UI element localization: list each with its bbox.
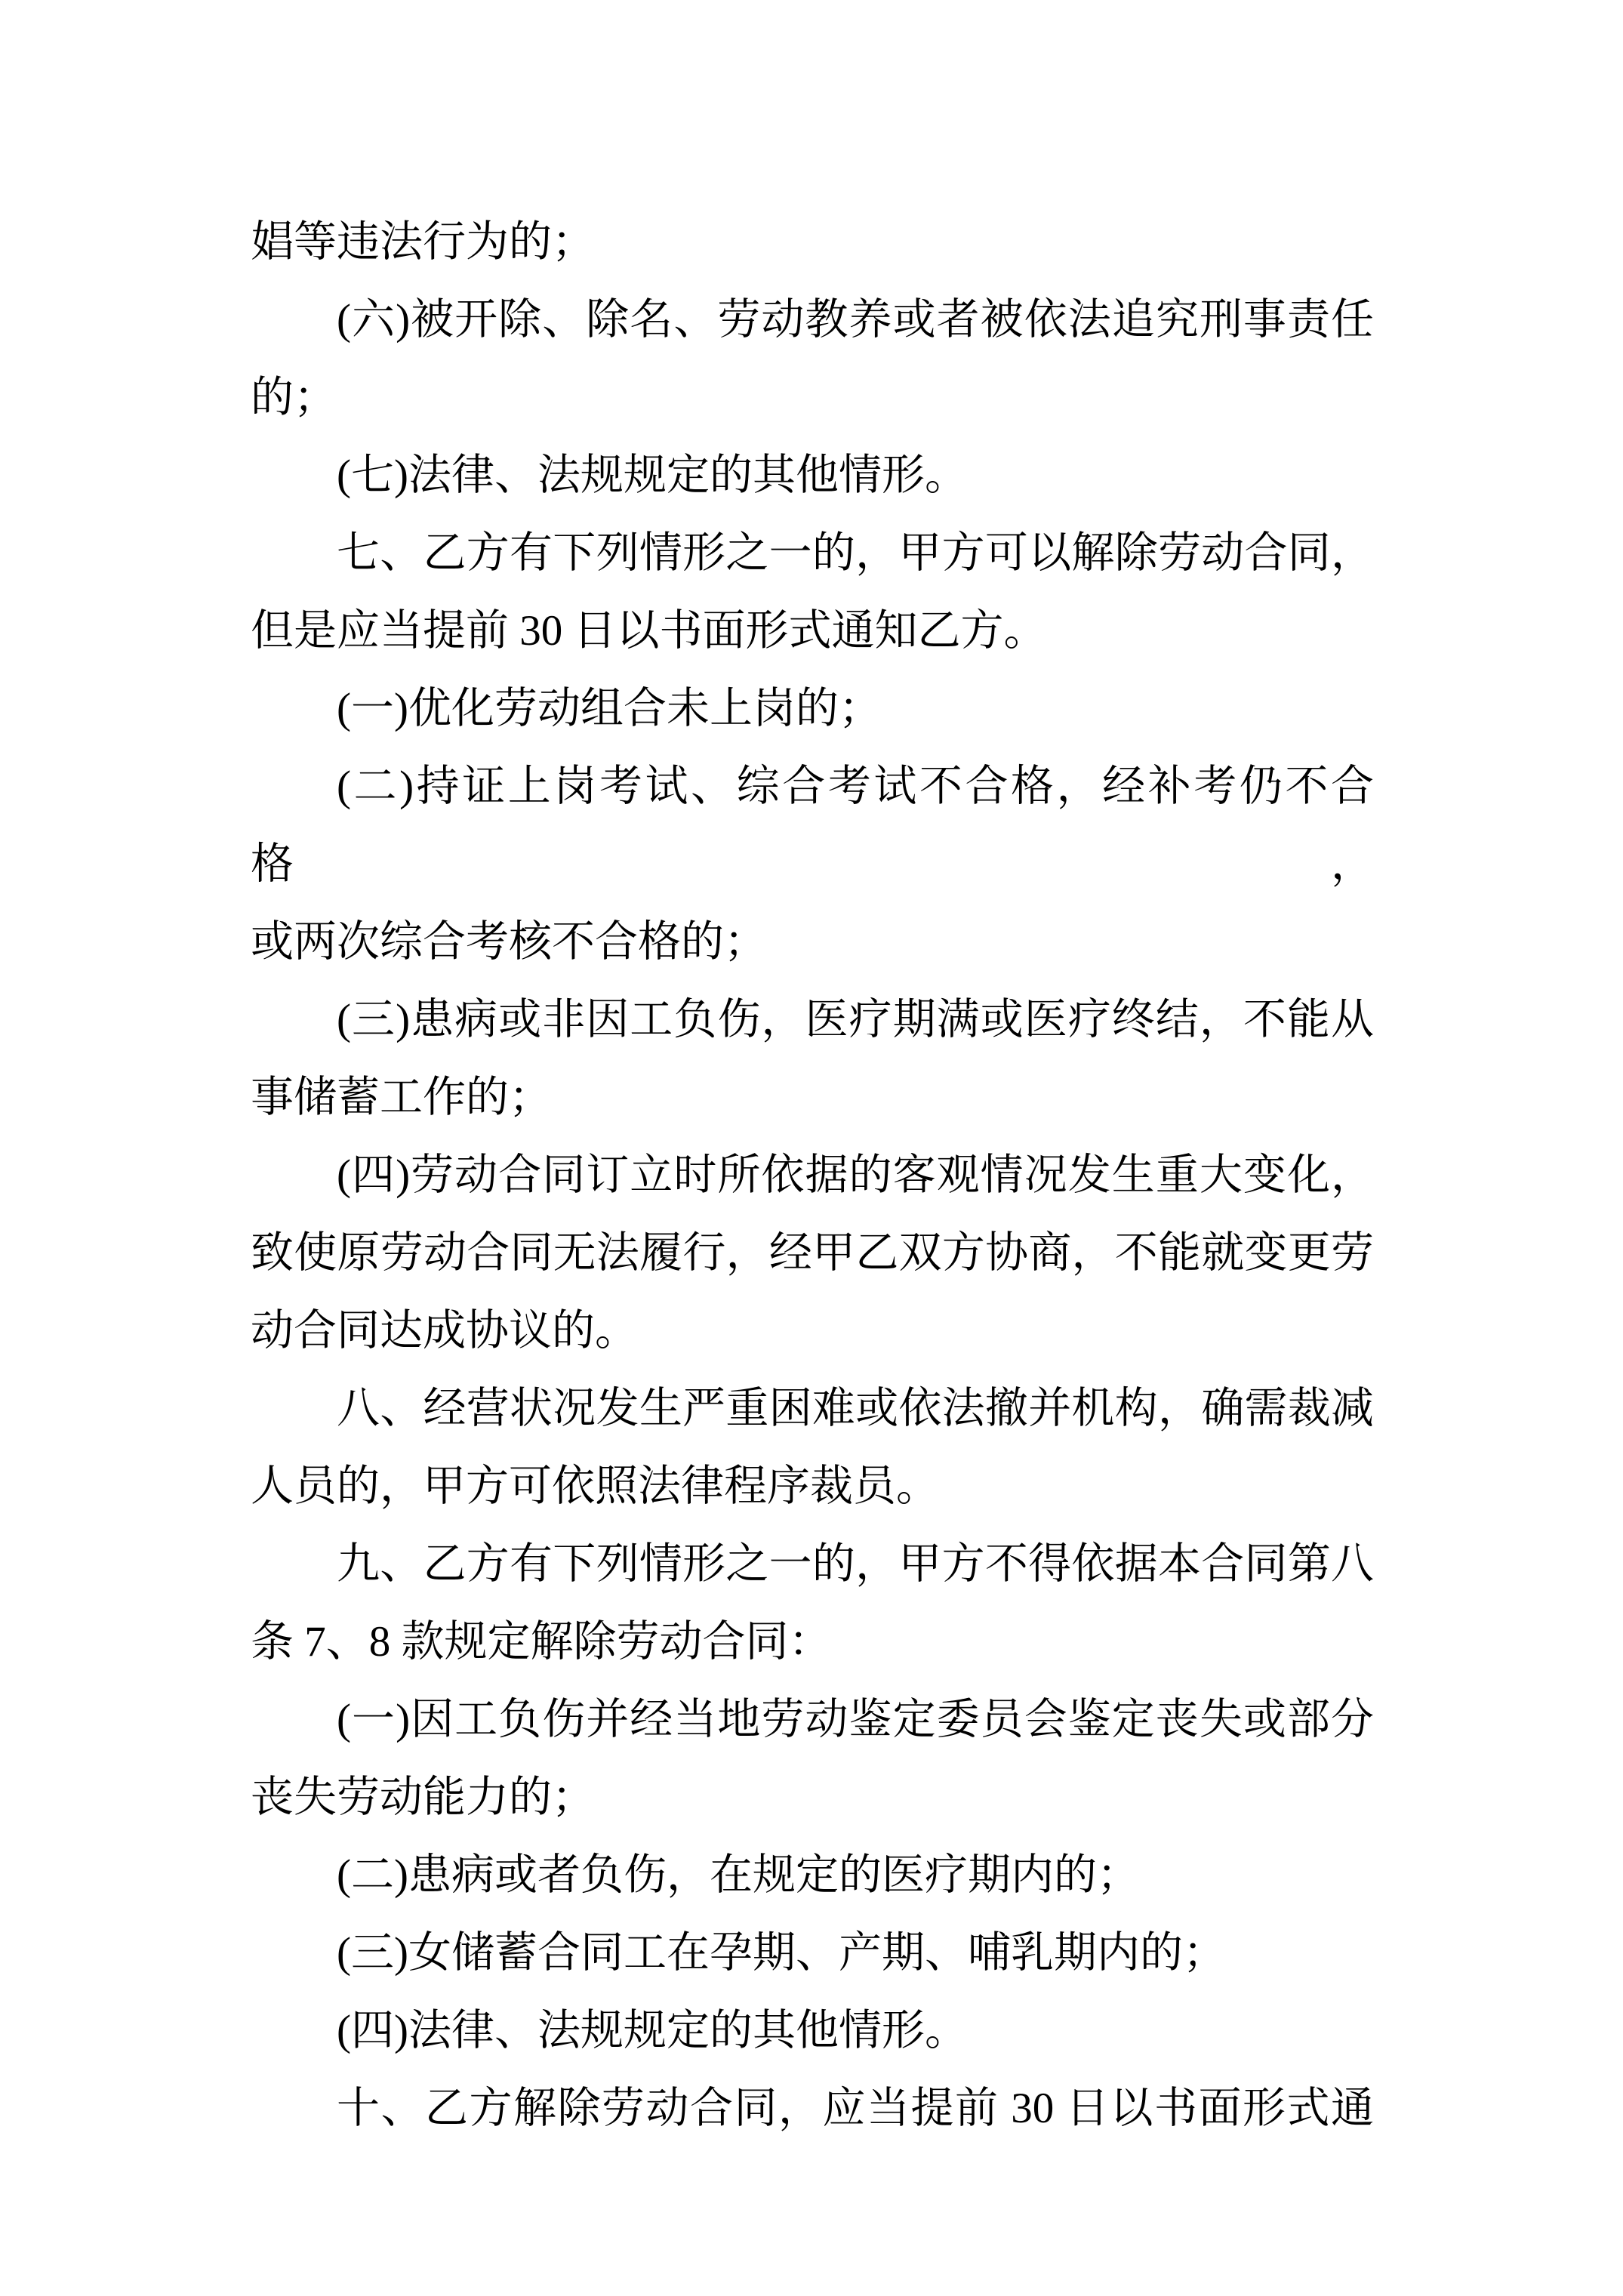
text-line: (四)劳动合同订立时所依据的客观情况发生重大变化， bbox=[251, 1136, 1374, 1214]
text-line: (四)法律、法规规定的其他情形。 bbox=[251, 1992, 1374, 2069]
text-line: 十、乙方解除劳动合同，应当提前 30 日以书面形式通 bbox=[251, 2069, 1374, 2147]
text-line: (六)被开除、除名、劳动教养或者被依法追究刑事责任 bbox=[251, 281, 1374, 359]
text-line: (一)因工负伤并经当地劳动鉴定委员会鉴定丧失或部分 bbox=[251, 1681, 1374, 1758]
text-line: 娼等违法行为的； bbox=[251, 203, 1374, 281]
text-line: (七)法律、法规规定的其他情形。 bbox=[251, 436, 1374, 514]
text-line: 或两次综合考核不合格的； bbox=[251, 903, 1374, 981]
text-line: (三)女储蓄合同工在孕期、产期、哺乳期内的； bbox=[251, 1914, 1374, 1992]
text-line: (二)患病或者负伤，在规定的医疗期内的； bbox=[251, 1836, 1374, 1914]
text-line: 人员的，甲方可依照法律程序裁员。 bbox=[251, 1447, 1374, 1525]
text-line: 的； bbox=[251, 359, 1374, 436]
text-line: 条 7、8 款规定解除劳动合同： bbox=[251, 1603, 1374, 1681]
text-line: (三)患病或非因工负伤，医疗期满或医疗终结，不能从 bbox=[251, 981, 1374, 1059]
text-line: (二)持证上岗考试、综合考试不合格，经补考仍不合格， bbox=[251, 747, 1374, 903]
text-line: 丧失劳动能力的； bbox=[251, 1758, 1374, 1836]
text-line: 致使原劳动合同无法履行，经甲乙双方协商，不能就变更劳 bbox=[251, 1214, 1374, 1292]
text-line: 九、乙方有下列情形之一的，甲方不得依据本合同第八 bbox=[251, 1525, 1374, 1603]
text-line: 但是应当提前 30 日以书面形式通知乙方。 bbox=[251, 592, 1374, 670]
document-page: 娼等违法行为的；(六)被开除、除名、劳动教养或者被依法追究刑事责任的；(七)法律… bbox=[0, 0, 1623, 2296]
document-text-block: 娼等违法行为的；(六)被开除、除名、劳动教养或者被依法追究刑事责任的；(七)法律… bbox=[251, 203, 1374, 2147]
text-line: 八、经营状况发生严重困难或依法撤并机构，确需裁减 bbox=[251, 1370, 1374, 1447]
text-line: (一)优化劳动组合未上岗的； bbox=[251, 670, 1374, 747]
text-line: 七、乙方有下列情形之一的，甲方可以解除劳动合同， bbox=[251, 514, 1374, 592]
text-line: 动合同达成协议的。 bbox=[251, 1292, 1374, 1370]
text-line: 事储蓄工作的； bbox=[251, 1059, 1374, 1136]
